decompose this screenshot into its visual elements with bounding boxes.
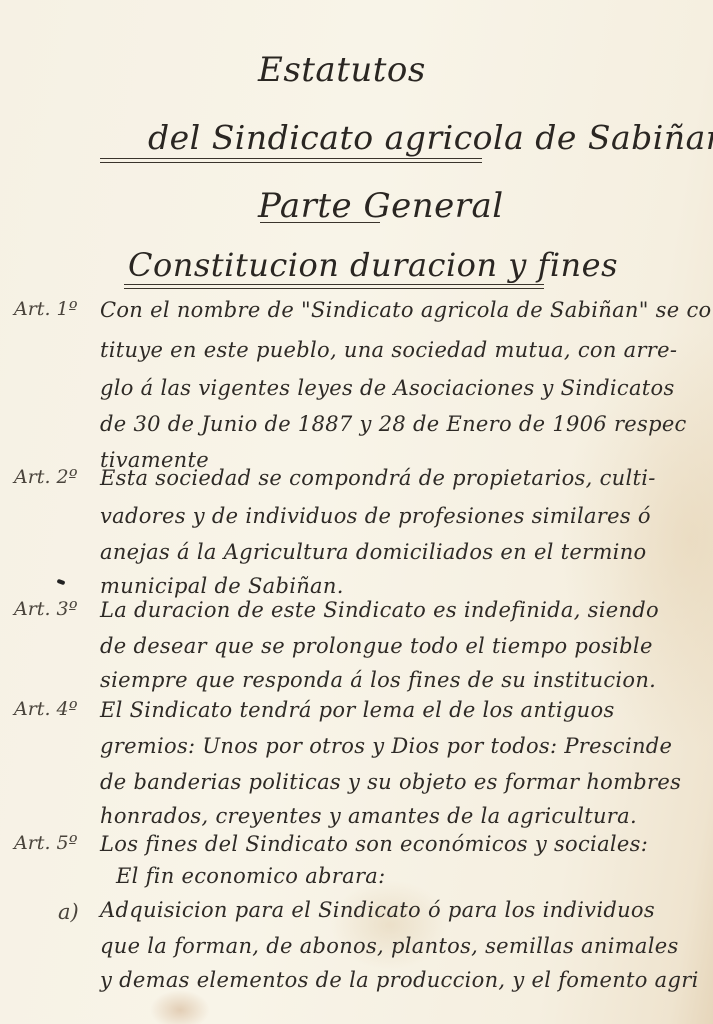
article-label: Art. 2º [14,466,78,488]
section-heading: Constitucion duracion y fines [128,246,618,284]
article-text-line: honrados, creyentes y amantes de la agri… [100,804,637,828]
document-subtitle: del Sindicato agricola de Sabiñan [148,118,713,157]
article-text-line: Los fines del Sindicato son económicos y… [100,832,648,856]
article-text-line: El fin economico abrara: [116,864,385,888]
article-text-line: gremios: Unos por otros y Dios por todos… [100,734,672,758]
article-text-line: Esta sociedad se compondrá de propietari… [100,466,656,490]
subitem-text-line: Adquisicion para el Sindicato ó para los… [100,898,655,922]
article-text-line: de desear que se prolongue todo el tiemp… [100,634,653,658]
section-underline [124,284,544,285]
ink-mark [57,579,66,585]
article-text-line: La duracion de este Sindicato es indefin… [100,598,659,622]
article-text-line: vadores y de individuos de profesiones s… [100,504,651,528]
article-text-line: de 30 de Junio de 1887 y 28 de Enero de … [100,412,687,436]
article-text-line: siempre que responda á los fines de su i… [100,668,656,692]
article-text-line: El Sindicato tendrá por lema el de los a… [100,698,615,722]
part-heading: Parte General [258,186,504,226]
article-text-line: anejas á la Agricultura domiciliados en … [100,540,646,564]
subtitle-underline [100,162,482,163]
article-label: Art. 1º [14,298,78,320]
article-label: Art. 5º [14,832,78,854]
article-text-line: de banderias politicas y su objeto es fo… [100,770,681,794]
subitem-text-line: y demas elementos de la produccion, y el… [100,968,699,992]
article-text-line: municipal de Sabiñan. [100,574,344,598]
document-title: Estatutos [258,50,426,90]
part-underline [260,222,380,223]
article-text-line: tituye en este pueblo, una sociedad mutu… [100,338,677,362]
subitem-text-line: que la forman, de abonos, plantos, semil… [100,934,679,958]
section-underline [124,288,544,289]
subtitle-underline [100,158,482,159]
article-text-line: glo á las vigentes leyes de Asociaciones… [100,376,675,400]
paper-stain [150,990,210,1024]
article-label: Art. 4º [14,698,78,720]
subitem-label: a) [58,900,79,924]
article-label: Art. 3º [14,598,78,620]
manuscript-page: Estatutos del Sindicato agricola de Sabi… [0,0,713,1024]
article-text-line: Con el nombre de "Sindicato agricola de … [100,298,713,322]
